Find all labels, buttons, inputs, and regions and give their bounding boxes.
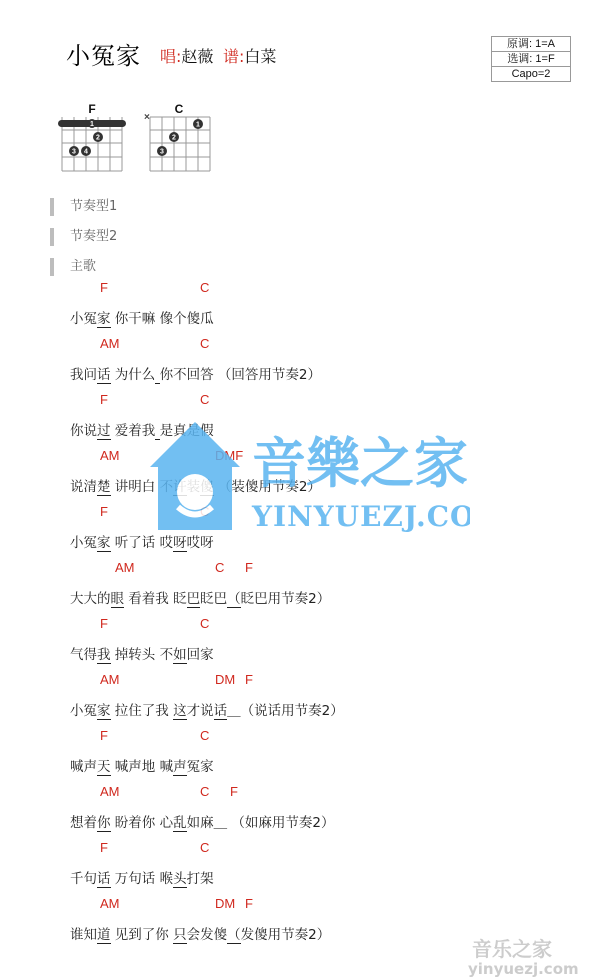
chord-symbol: F xyxy=(100,504,108,519)
svg-text:1: 1 xyxy=(90,121,94,128)
section-rhythm-2: 节奏型2 xyxy=(50,228,54,246)
chord-diagram-c: × 1 2 3 xyxy=(143,114,215,174)
lyric-line: 小冤家 拉住了我 这才说话＿（说话用节奏2） xyxy=(70,699,344,719)
svg-text:2: 2 xyxy=(172,135,176,142)
arranger-name: 白菜 xyxy=(244,47,276,66)
svg-text:3: 3 xyxy=(160,149,164,156)
lyric-line: 说清楚 讲明白 不许装傻 （装傻用节奏2） xyxy=(70,475,321,495)
chord-symbol: AM xyxy=(100,672,120,687)
lyric-line: 小冤家 听了话 哎呀哎呀 xyxy=(70,531,214,551)
lyric-line: 大大的眼 看着我 眨巴眨巴（眨巴用节奏2） xyxy=(70,587,330,607)
chord-symbol: AM xyxy=(100,448,120,463)
svg-text:2: 2 xyxy=(96,135,100,142)
chord-symbol: C xyxy=(200,392,209,407)
chord-symbol: AM xyxy=(100,896,120,911)
lyric-line: 我问话 为什么 你不回答 （回答用节奏2） xyxy=(70,363,321,383)
lyric-line: 喊声天 喊声地 喊声冤家 xyxy=(70,755,214,775)
chord-symbol: F xyxy=(245,672,253,687)
arranger-label: 谱: xyxy=(223,47,244,66)
chord-symbol: F xyxy=(100,728,108,743)
watermark-domain: YINYUEZJ.COM xyxy=(251,500,470,532)
chord-symbol: AM xyxy=(100,784,120,799)
chord-symbol: DM xyxy=(215,672,235,687)
chord-symbol: F xyxy=(245,560,253,575)
chord-symbol: DMF xyxy=(215,448,243,463)
lyric-line: 气得我 掉转头 不如回家 xyxy=(70,643,214,663)
svg-text:音乐之家: 音乐之家 xyxy=(472,937,552,961)
chord-symbol: AM xyxy=(100,336,120,351)
chord-symbol: C xyxy=(200,840,209,855)
arranger-info: 谱:白菜 xyxy=(223,44,276,67)
original-key: 原调: 1=A xyxy=(492,37,570,52)
svg-text:yinyuezj.com: yinyuezj.com xyxy=(468,960,579,978)
chord-symbol: C xyxy=(200,280,209,295)
singer-name: 赵薇 xyxy=(181,47,213,66)
svg-text:3: 3 xyxy=(72,149,76,156)
chord-symbol: C xyxy=(200,616,209,631)
chord-symbol: F xyxy=(100,392,108,407)
chord-diagram-f: 1 2 3 4 xyxy=(58,114,130,174)
svg-text:1: 1 xyxy=(196,122,200,129)
lyric-line: 小冤家 你干嘛 像个傻瓜 xyxy=(70,307,214,327)
capo: Capo=2 xyxy=(492,67,570,81)
chord-symbol: F xyxy=(230,784,238,799)
chord-symbol: C xyxy=(200,728,209,743)
singer-label: 唱: xyxy=(160,47,181,66)
song-title: 小冤家 xyxy=(66,36,141,71)
chord-symbol: F xyxy=(100,840,108,855)
chord-symbol: F xyxy=(100,280,108,295)
lyric-line: 谁知道 见到了你 只会发傻（发傻用节奏2） xyxy=(70,923,330,943)
corner-watermark: 音乐之家 yinyuezj.com xyxy=(462,936,614,978)
singer-info: 唱:赵薇 xyxy=(160,44,213,67)
lyric-line: 你说过 爱着我 是真是假 xyxy=(70,419,214,439)
muted-string-icon: × xyxy=(144,114,150,123)
section-label: 节奏型2 xyxy=(70,228,117,246)
chord-symbol: DM xyxy=(215,896,235,911)
section-label: 节奏型1 xyxy=(70,198,117,216)
section-verse: 主歌 xyxy=(50,258,54,276)
chord-symbol: C xyxy=(215,560,224,575)
chord-symbol: F xyxy=(245,896,253,911)
lyric-line: 想着你 盼着你 心乱如麻＿ （如麻用节奏2） xyxy=(70,811,334,831)
key-info-box: 原调: 1=A 选调: 1=F Capo=2 xyxy=(491,36,571,82)
chord-symbol: AM xyxy=(115,560,135,575)
chord-symbol: C xyxy=(200,336,209,351)
chord-symbol: F xyxy=(100,616,108,631)
section-label: 主歌 xyxy=(70,258,96,276)
chord-symbol: C xyxy=(200,784,209,799)
selected-key: 选调: 1=F xyxy=(492,52,570,67)
section-rhythm-1: 节奏型1 xyxy=(50,198,54,216)
chord-symbol: C xyxy=(200,504,209,519)
svg-text:4: 4 xyxy=(84,149,88,156)
lyric-line: 千句话 万句话 喉头打架 xyxy=(70,867,214,887)
